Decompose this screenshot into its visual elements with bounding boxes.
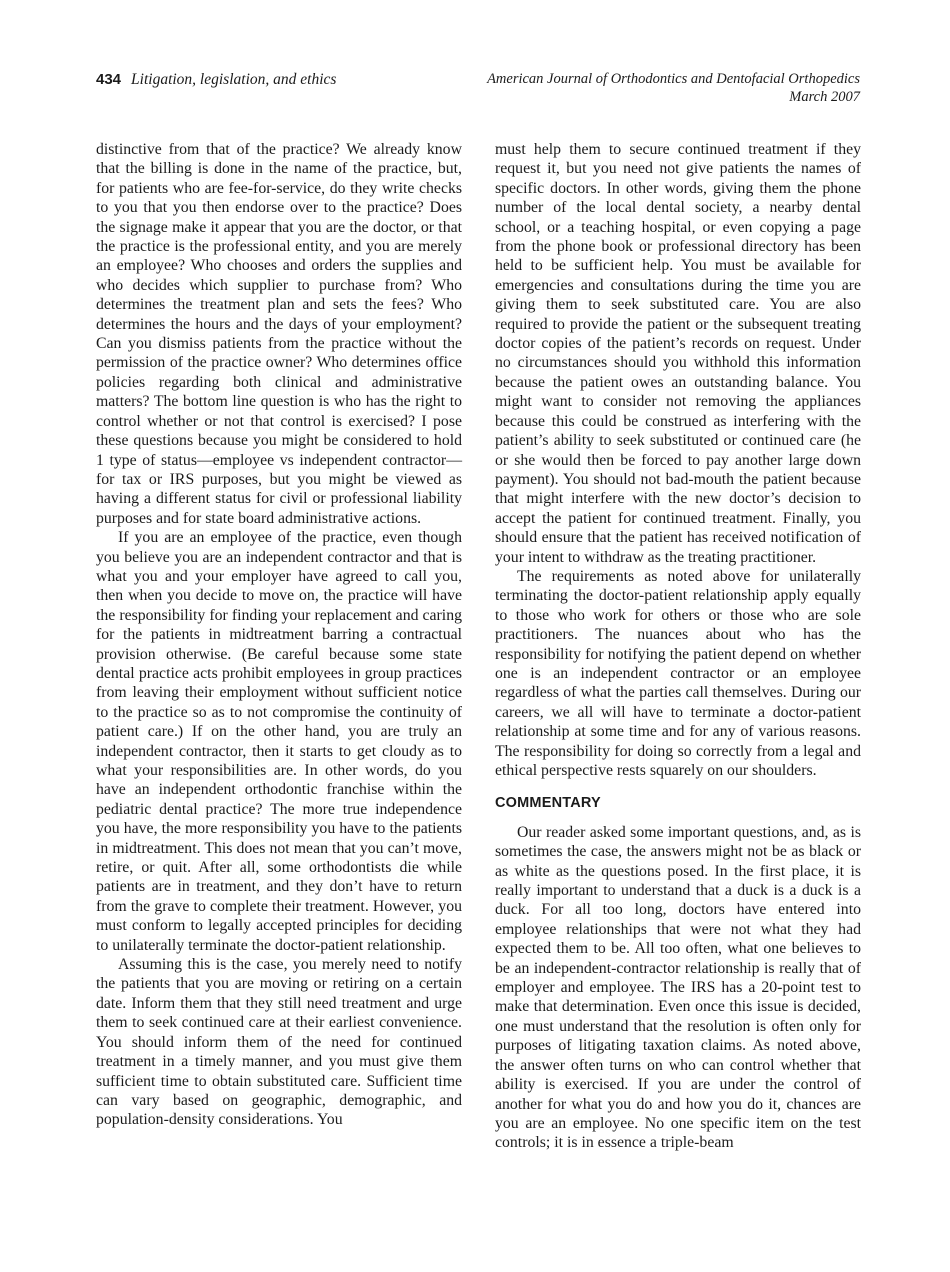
right-column: must help them to secure continued treat… [495,140,861,1153]
body-paragraph: Assuming this is the case, you merely ne… [96,955,462,1130]
body-paragraph: distinctive from that of the practice? W… [96,140,462,528]
article-body: distinctive from that of the practice? W… [96,140,861,1153]
body-paragraph: If you are an employee of the practice, … [96,528,462,955]
section-running-title: Litigation, legislation, and ethics [131,71,336,89]
running-head: 434 Litigation, legislation, and ethics … [96,71,860,106]
journal-page: 434 Litigation, legislation, and ethics … [0,0,950,1272]
body-paragraph: The requirements as noted above for unil… [495,567,861,780]
page-number: 434 [96,71,121,88]
journal-title: American Journal of Orthodontics and Den… [487,71,860,89]
commentary-heading: COMMENTARY [495,794,861,813]
body-paragraph: Our reader asked some important question… [495,823,861,1153]
body-paragraph: must help them to secure continued treat… [495,140,861,567]
left-column: distinctive from that of the practice? W… [96,140,462,1153]
running-head-left: 434 Litigation, legislation, and ethics [96,71,336,89]
running-head-right: American Journal of Orthodontics and Den… [487,71,860,106]
issue-date: March 2007 [487,89,860,107]
